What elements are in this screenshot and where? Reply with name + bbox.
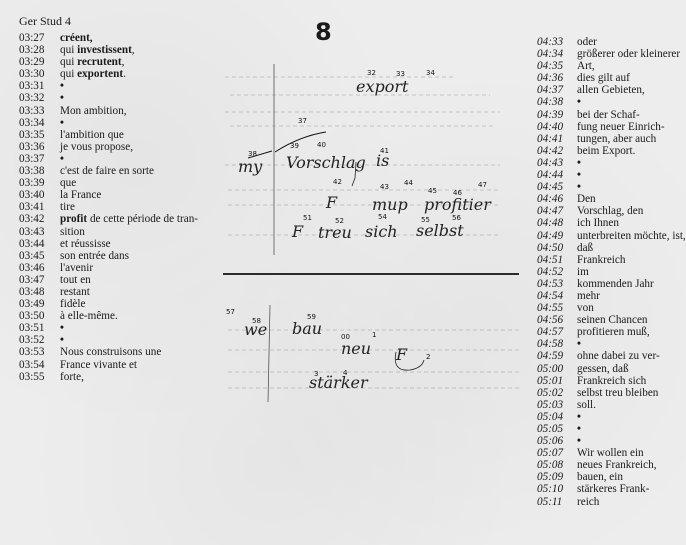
- svg-text:45: 45: [428, 187, 437, 195]
- svg-text:sich: sich: [365, 222, 398, 241]
- svg-text:47: 47: [478, 181, 487, 189]
- svg-text:neu: neu: [341, 339, 371, 358]
- svg-text:39: 39: [290, 142, 299, 150]
- scanned-page: Ger Stud 4 03:27créent,03:28qui investis…: [0, 0, 686, 545]
- svg-text:58: 58: [252, 317, 261, 325]
- svg-text:51: 51: [303, 214, 312, 222]
- svg-text:57: 57: [226, 308, 235, 316]
- notes-drawing: export my Vorschlag is F mup profitier F…: [0, 0, 686, 545]
- svg-text:33: 33: [396, 70, 405, 78]
- svg-text:54: 54: [378, 213, 387, 221]
- margin-line-lower: [268, 305, 270, 402]
- handwritten-notes: export my Vorschlag is F mup profitier F…: [0, 0, 686, 545]
- svg-text:55: 55: [421, 216, 430, 224]
- svg-text:00: 00: [341, 333, 350, 341]
- svg-text:2: 2: [426, 353, 430, 361]
- svg-text:43: 43: [380, 183, 389, 191]
- svg-text:profitier: profitier: [424, 195, 492, 214]
- svg-text:F: F: [291, 222, 304, 241]
- svg-text:52: 52: [335, 217, 344, 225]
- svg-text:F: F: [325, 193, 338, 212]
- svg-text:4: 4: [343, 369, 348, 377]
- svg-text:59: 59: [307, 313, 316, 321]
- svg-text:Vorschlag: Vorschlag: [286, 153, 366, 172]
- svg-text:3: 3: [314, 370, 318, 378]
- svg-text:42: 42: [333, 178, 342, 186]
- svg-text:1: 1: [372, 331, 376, 339]
- svg-text:mup: mup: [372, 195, 408, 214]
- svg-text:export: export: [356, 77, 409, 96]
- svg-text:38: 38: [248, 150, 257, 158]
- svg-text:41: 41: [380, 147, 389, 155]
- svg-text:37: 37: [298, 117, 307, 125]
- svg-text:F: F: [395, 345, 408, 364]
- svg-text:bau: bau: [292, 319, 322, 338]
- svg-text:32: 32: [367, 69, 376, 77]
- svg-text:44: 44: [404, 179, 413, 187]
- svg-text:46: 46: [453, 189, 462, 197]
- svg-text:my: my: [238, 157, 263, 176]
- svg-text:treu: treu: [318, 223, 352, 242]
- svg-text:56: 56: [452, 214, 461, 222]
- svg-text:34: 34: [426, 69, 435, 77]
- svg-text:40: 40: [317, 141, 326, 149]
